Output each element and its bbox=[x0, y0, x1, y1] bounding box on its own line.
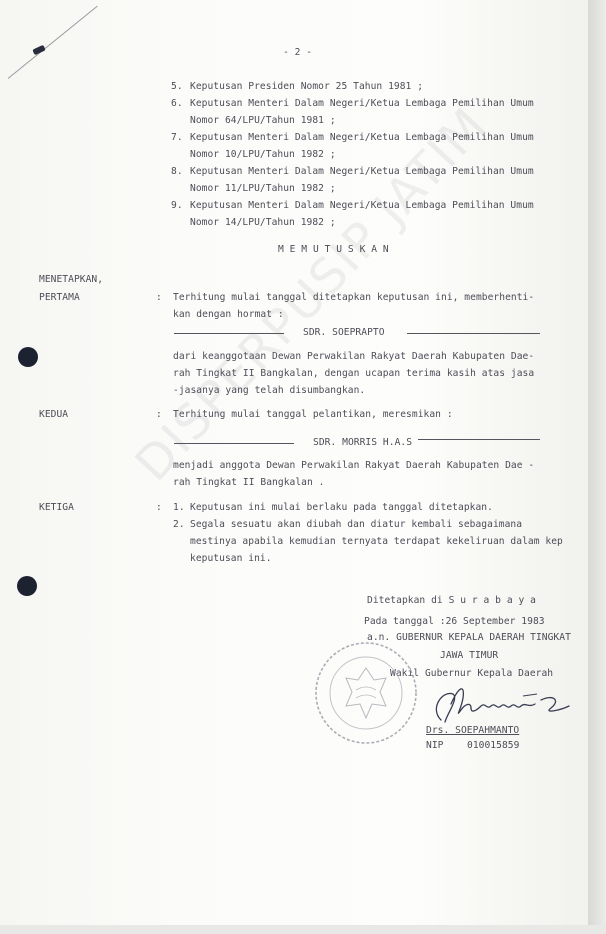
section-text: rah Tingkat II Bangkalan . bbox=[173, 477, 324, 489]
list-item: Keputusan Menteri Dalam Negeri/Ketua Lem… bbox=[190, 132, 534, 144]
section-label-pertama: PERTAMA bbox=[39, 292, 80, 304]
list-item-num: 5. bbox=[171, 81, 183, 93]
signature-date: Pada tanggal :26 September 1983 bbox=[364, 616, 545, 628]
section-label-kedua: KEDUA bbox=[39, 409, 68, 421]
signature-place: Ditetapkan di S u r a b a y a bbox=[367, 595, 536, 607]
section-colon: : bbox=[156, 502, 162, 514]
section-colon: : bbox=[156, 292, 162, 304]
name-rule-right bbox=[418, 439, 540, 440]
list-item: Keputusan Menteri Dalam Negeri/Ketua Lem… bbox=[190, 98, 534, 110]
list-item: Keputusan ini mulai berlaku pada tanggal… bbox=[190, 502, 493, 514]
section-text: Terhitung mulai tanggal ditetapkan keput… bbox=[173, 292, 534, 304]
list-item-num: 7. bbox=[171, 132, 183, 144]
punch-hole-icon bbox=[18, 347, 38, 367]
signatory-name: Drs. SOEPAHMANTO bbox=[426, 725, 519, 737]
list-item: mestinya apabila kemudian ternyata terda… bbox=[190, 536, 563, 548]
signature-region: JAWA TIMUR bbox=[440, 650, 498, 662]
name-rule-left bbox=[174, 443, 294, 444]
section-colon: : bbox=[156, 409, 162, 421]
person-name: SDR. SOEPRAPTO bbox=[303, 327, 385, 339]
list-item: Segala sesuatu akan diubah dan diatur ke… bbox=[190, 519, 522, 531]
nip-value: 010015859 bbox=[467, 740, 519, 752]
list-item-num: 2. bbox=[173, 519, 185, 531]
list-item: Nomor 14/LPU/Tahun 1982 ; bbox=[190, 217, 336, 229]
section-text: Terhitung mulai tanggal pelantikan, mere… bbox=[173, 409, 453, 421]
official-seal-icon bbox=[312, 640, 420, 746]
name-rule-right bbox=[407, 333, 540, 334]
list-item: Keputusan Menteri Dalam Negeri/Ketua Lem… bbox=[190, 166, 534, 178]
page-edge-bottom bbox=[0, 925, 606, 934]
list-item-num: 8. bbox=[171, 166, 183, 178]
decision-heading: M E M U T U S K A N bbox=[278, 244, 389, 256]
punch-hole-icon bbox=[17, 576, 37, 596]
list-item-num: 6. bbox=[171, 98, 183, 110]
section-text: dari keanggotaan Dewan Perwakilan Rakyat… bbox=[173, 351, 534, 363]
page-number: - 2 - bbox=[283, 47, 312, 59]
list-item: keputusan ini. bbox=[190, 553, 272, 565]
list-item-num: 9. bbox=[171, 200, 183, 212]
list-item: Nomor 64/LPU/Tahun 1981 ; bbox=[190, 115, 336, 127]
handwritten-signature-icon bbox=[425, 680, 575, 726]
section-text: rah Tingkat II Bangkalan, dengan ucapan … bbox=[173, 368, 534, 380]
section-text: menjadi anggota Dewan Perwakilan Rakyat … bbox=[173, 460, 534, 472]
list-item: Keputusan Presiden Nomor 25 Tahun 1981 ; bbox=[190, 81, 423, 93]
section-text: -jasanya yang telah disumbangkan. bbox=[173, 385, 365, 397]
list-item-num: 1. bbox=[173, 502, 185, 514]
section-label-ketiga: KETIGA bbox=[39, 502, 74, 514]
menetapkan-label: MENETAPKAN, bbox=[39, 274, 103, 286]
person-name: SDR. MORRIS H.A.S bbox=[313, 437, 412, 449]
section-text: kan dengan hormat : bbox=[173, 309, 284, 321]
name-rule-left bbox=[174, 333, 284, 334]
list-item: Nomor 11/LPU/Tahun 1982 ; bbox=[190, 183, 336, 195]
page-edge-right bbox=[588, 0, 606, 934]
list-item: Nomor 10/LPU/Tahun 1982 ; bbox=[190, 149, 336, 161]
nip-label: NIP bbox=[426, 740, 443, 752]
list-item: Keputusan Menteri Dalam Negeri/Ketua Lem… bbox=[190, 200, 534, 212]
